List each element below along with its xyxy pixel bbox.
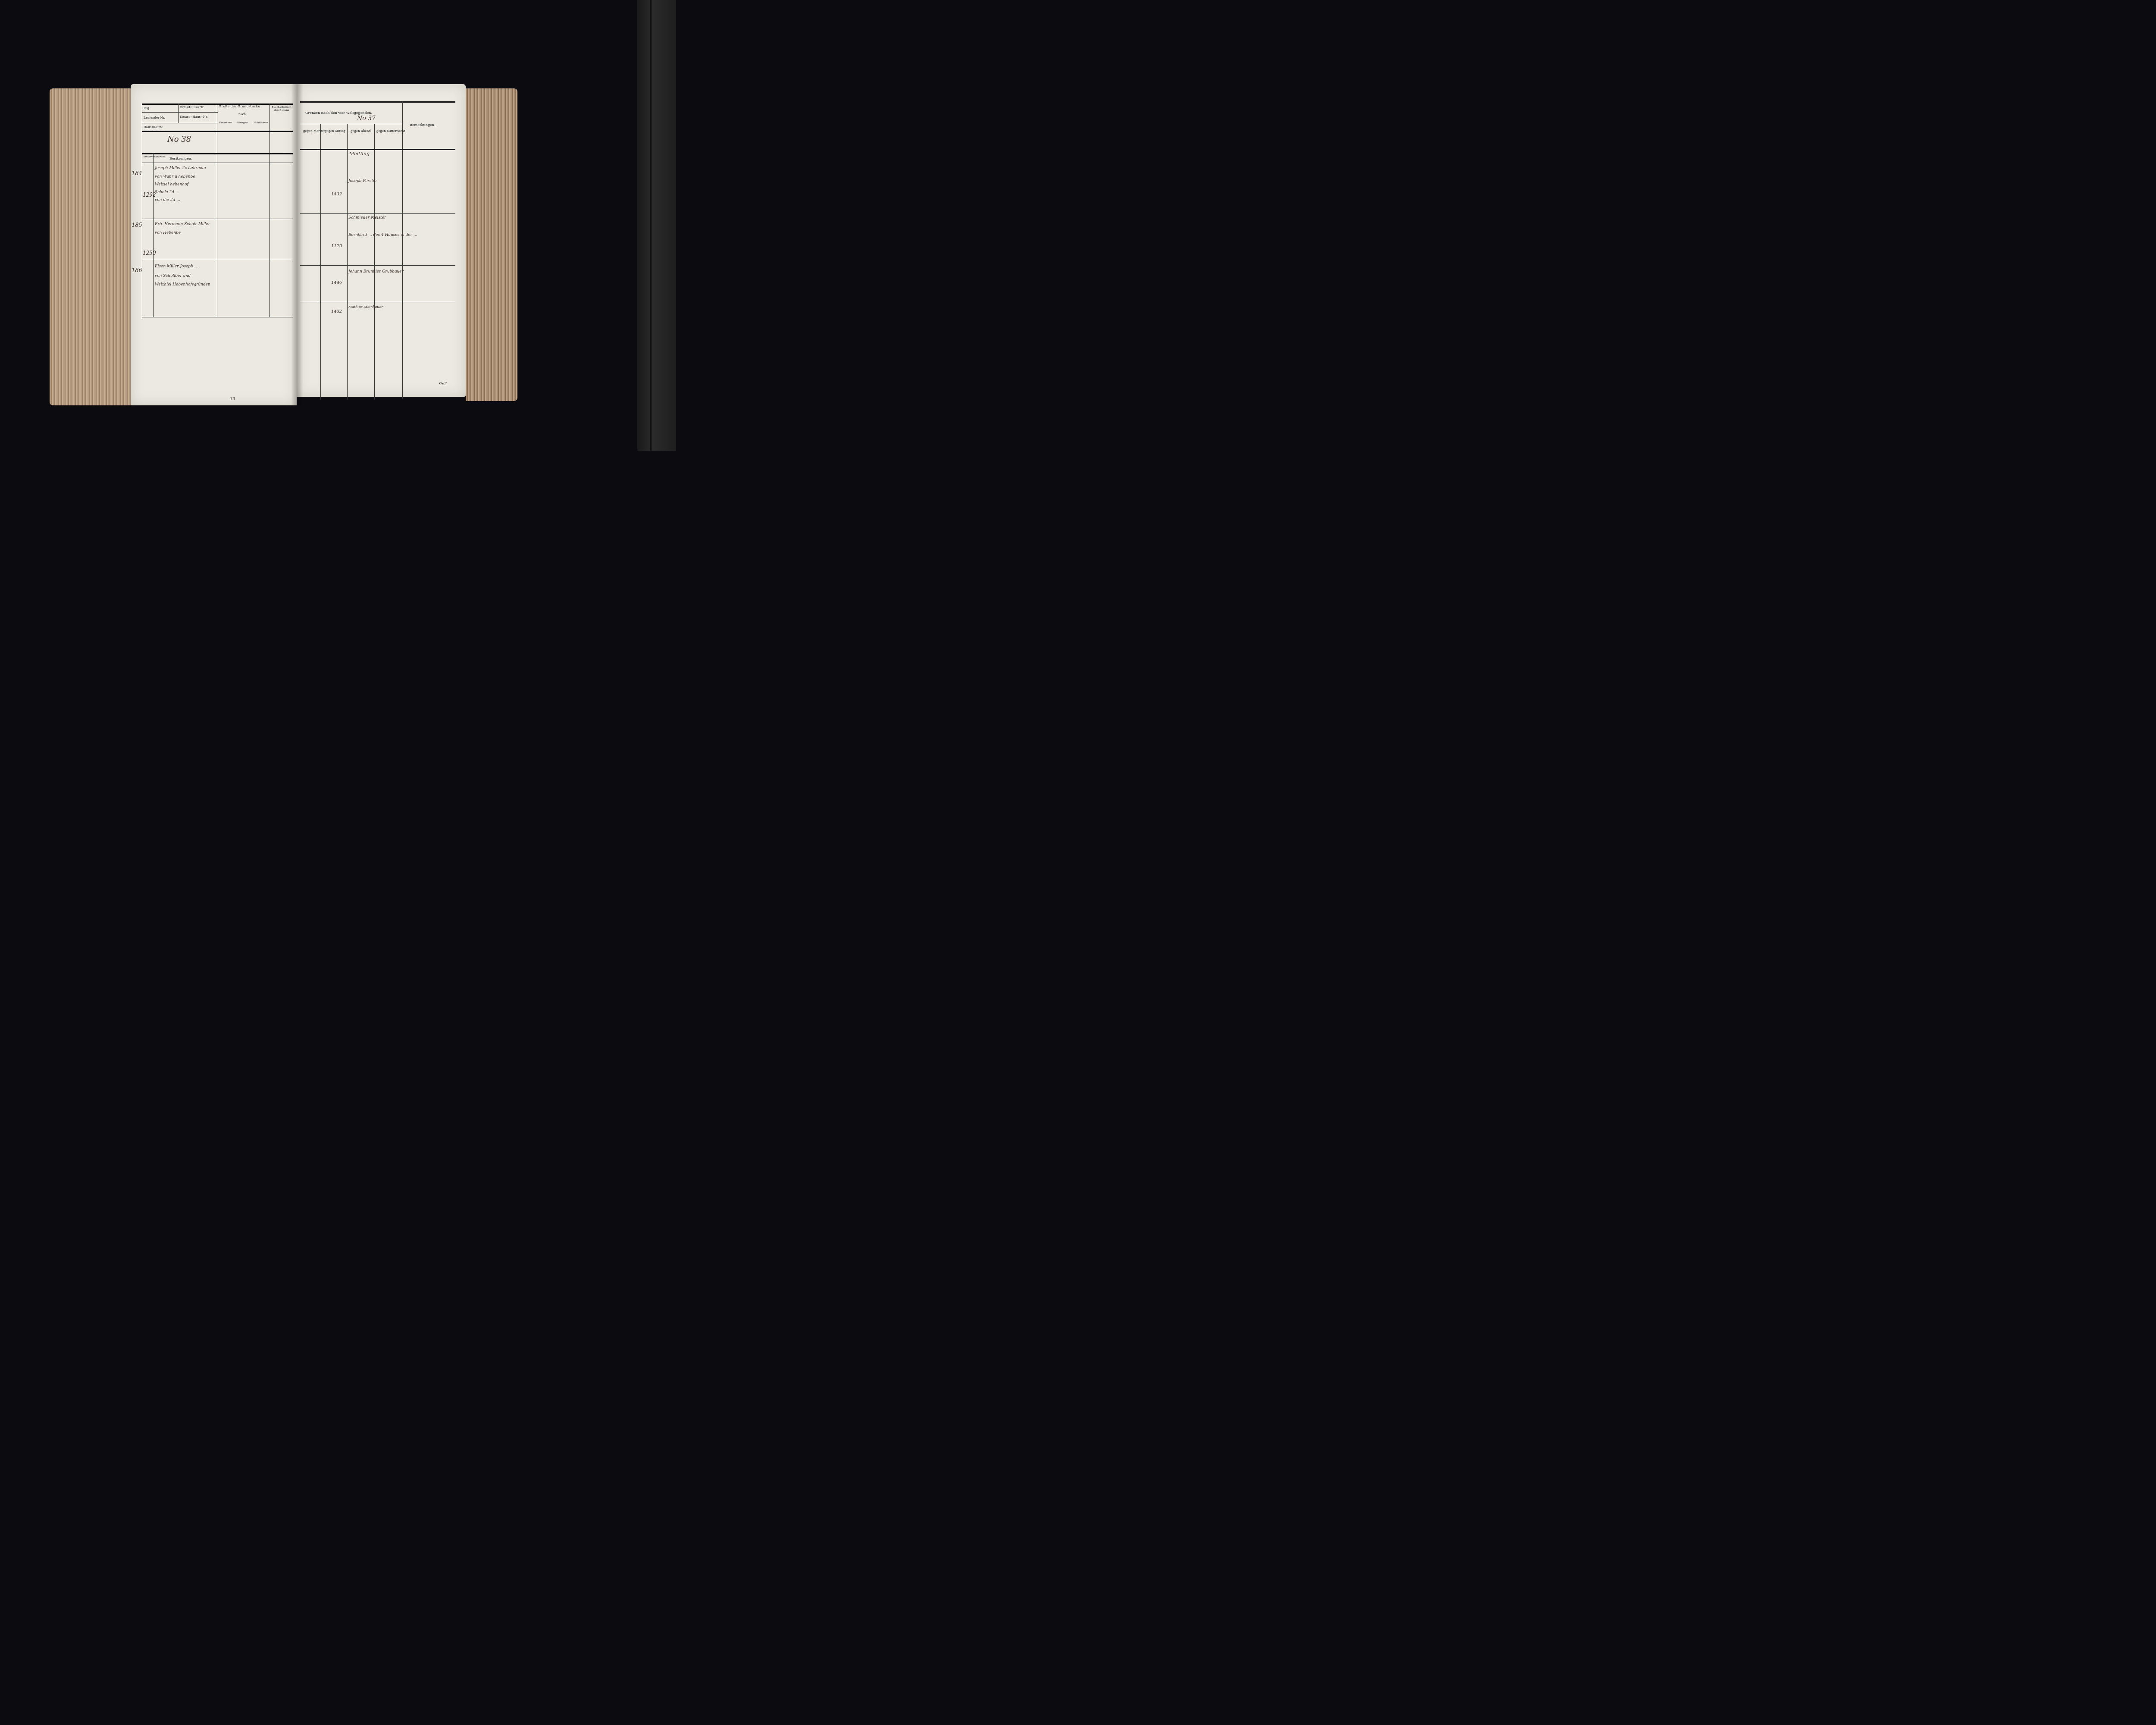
haus-name-label: Haus=Name <box>144 125 163 129</box>
besitzungen-heading: Besitzungen. <box>169 157 192 160</box>
open-ledger: Pag. Orts=Haus=Nr. Laufender Nr. Steuer=… <box>50 84 517 408</box>
entry-184-text-3: Weiziel hebenhof <box>155 182 188 187</box>
nach-label: nach <box>238 113 246 116</box>
left-page: Pag. Orts=Haus=Nr. Laufender Nr. Steuer=… <box>131 84 297 405</box>
r-entry-5-nr: 1432 <box>331 309 342 314</box>
entry-184-nr: 184 <box>132 170 142 177</box>
col-a: gegen Morgen. <box>303 129 326 133</box>
right-total: 9x2 <box>439 382 447 386</box>
beschaffenheit-heading: Beschaffenheit des Bodens <box>271 106 292 112</box>
house-number: No 38 <box>167 135 191 144</box>
entry-184-text: Joseph Miller 2c Lehrman <box>155 166 206 170</box>
pifangen-label: Pifangen <box>236 121 248 124</box>
wooden-plank <box>637 0 676 451</box>
entry-185-steuer: 1250 <box>143 250 156 256</box>
entry-186-text: Eisen Miller Joseph ... <box>155 264 198 269</box>
groesse-heading: Größe der Grundstücke <box>219 104 260 108</box>
r-entry-1-text: Joseph Forster <box>348 179 377 183</box>
entry-185-nr: 185 <box>132 222 142 229</box>
left-total: 39 <box>230 397 235 401</box>
right-house-number: No 37 <box>357 115 376 122</box>
entry-184-text-4: Schola 2d ... <box>155 190 179 194</box>
entry-184-text-2: von Wahr u hebenbe <box>155 175 195 179</box>
entry-185-text-2: von Hebenbe <box>155 231 181 235</box>
entry-184-steuer: 1292 <box>143 192 156 198</box>
orts-haus-nr-label: Orts=Haus=Nr. <box>180 106 204 109</box>
col-b: gegen Mittag <box>325 129 345 133</box>
right-page: Grenzen nach den vier Weltgegenden. No 3… <box>297 84 466 397</box>
grenzen-heading: Grenzen nach den vier Weltgegenden. <box>305 111 372 115</box>
steuer-besitz-nro-label: Steuer=Besitz=Nro. <box>144 156 153 158</box>
book-gutter <box>291 84 303 405</box>
entry-185-text: Erb. Hermann Schoir Miller <box>155 222 210 226</box>
entry-186-nr: 186 <box>132 267 142 274</box>
steuer-haus-nr-label: Steuer=Haus=Nr. <box>180 115 208 119</box>
col-d: gegen Mitternacht <box>376 129 405 133</box>
r-entry-1-nr: 1432 <box>331 192 342 197</box>
entry-186-text-3: Weizhiel Hebenhofsgründen <box>155 282 210 287</box>
bemerkungen-heading: Bemerkungen. <box>410 123 435 127</box>
right-page-edges <box>466 88 517 401</box>
laufender-nr-label: Laufender Nr. <box>144 116 165 119</box>
col-c: gegen Abend <box>351 129 371 133</box>
einsetzen-label: Einsetzen <box>219 121 232 124</box>
entry-186-text-2: von Schollber und <box>155 274 191 278</box>
entry-184-text-5: von die 2d ... <box>155 198 180 202</box>
r-entry-3-text: Bernhard ... des 4 Hauses in der ... <box>348 233 417 237</box>
left-page-edges <box>50 88 134 405</box>
r-entry-5-text: Mathias Steinhauer <box>348 305 383 309</box>
schluesseln-label: Schlüsseln <box>254 121 268 124</box>
r-entry-4-text: Johann Brunnier Grubbauer <box>348 270 404 274</box>
r-entry-3-nr: 1170 <box>331 244 342 248</box>
r-entry-4-nr: 1446 <box>331 280 342 285</box>
pag-label: Pag. <box>144 107 150 110</box>
r-entry-2-text: Schmieder Meister <box>348 216 386 220</box>
heading-maitling: Maitling <box>349 151 370 157</box>
